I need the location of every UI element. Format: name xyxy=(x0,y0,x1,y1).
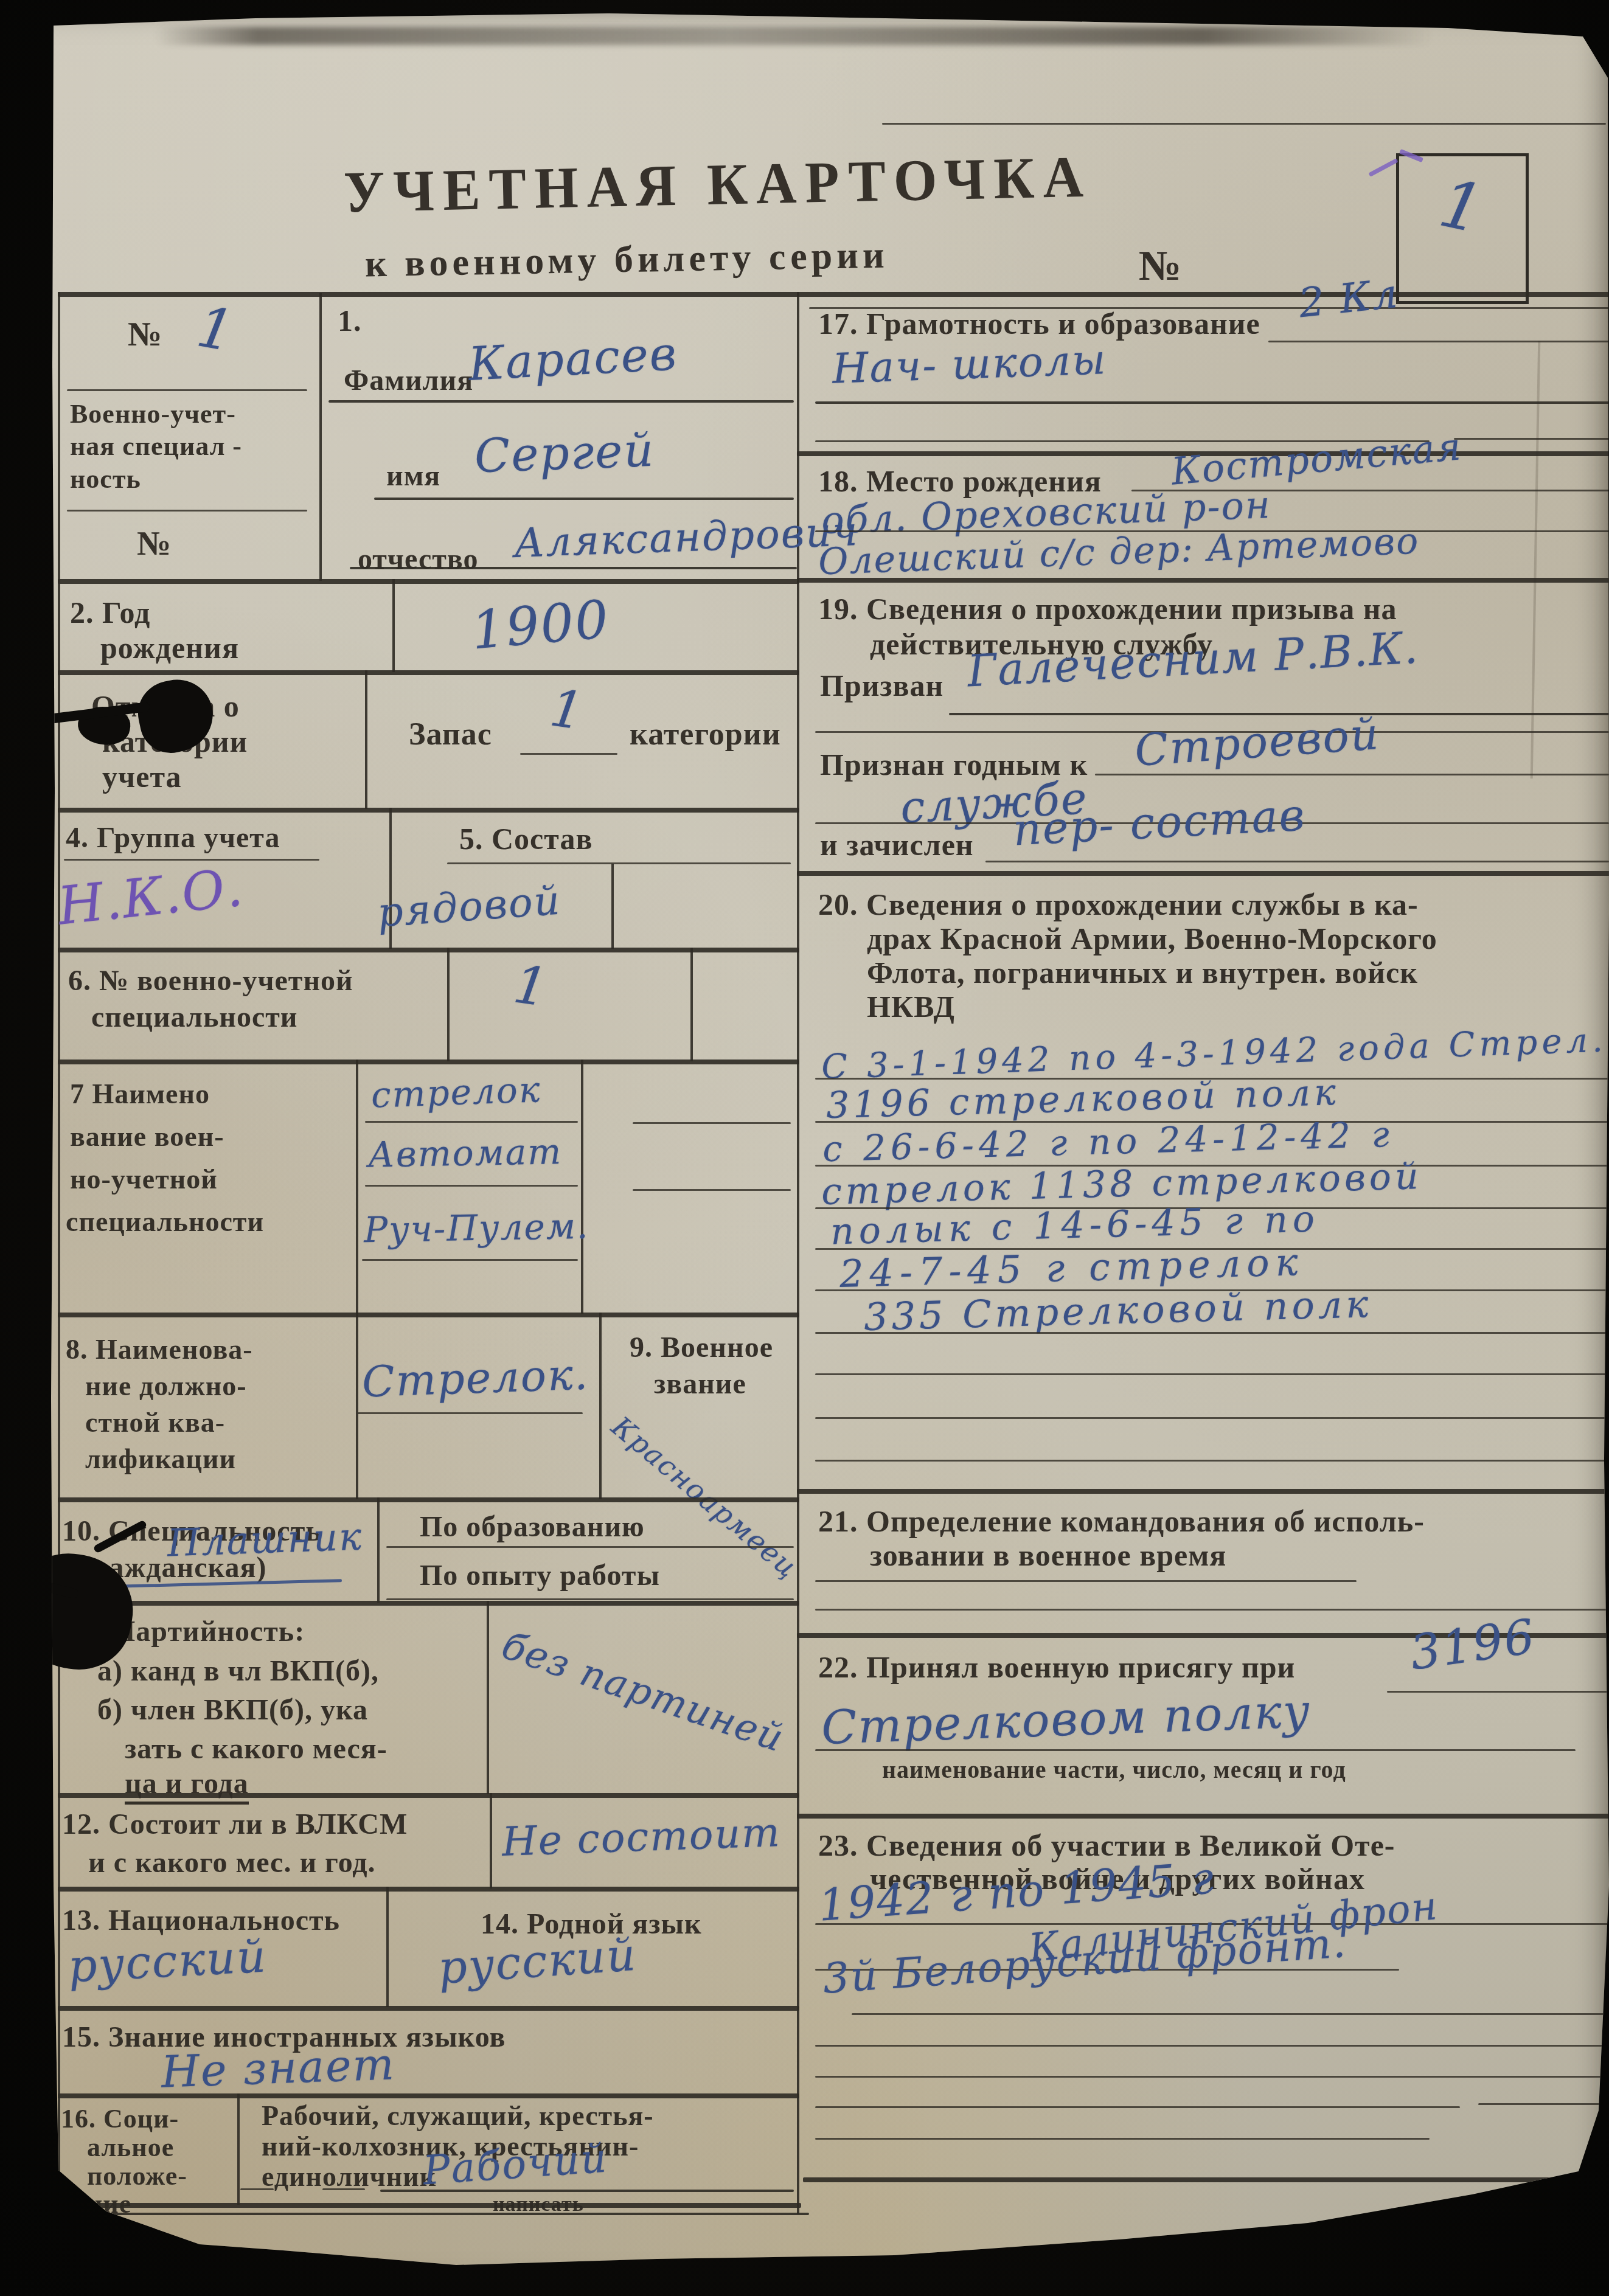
cell-divider xyxy=(487,1601,489,1794)
group-value: Н.К.О. xyxy=(55,857,247,937)
row-border xyxy=(58,1313,799,1317)
rule-line xyxy=(380,2190,794,2192)
reg-number-value: 1 xyxy=(192,294,240,365)
field-2-label-line1: 2. Год xyxy=(70,595,150,630)
cell-divider xyxy=(690,948,693,1061)
field-7-label-line4: специальности xyxy=(66,1205,264,1238)
vus-number-value: 1 xyxy=(510,954,552,1019)
party-value: без партиней xyxy=(496,1623,790,1761)
reg-number-sign-2: № xyxy=(137,524,172,563)
vus-name-value-2: Автомат xyxy=(367,1131,562,1176)
patronymic-value: Аляксандрович xyxy=(513,508,860,567)
cell-divider xyxy=(447,948,450,1061)
row-border xyxy=(58,1497,799,1502)
vus-name-value-3: Руч-Пулем. xyxy=(363,1205,589,1250)
cell-divider xyxy=(490,1793,492,1888)
field-16-label-line2: альное xyxy=(87,2132,174,2163)
rule-line xyxy=(358,1412,583,1414)
rule-line xyxy=(815,2076,1609,2078)
field-9-label-line2: звание xyxy=(654,1367,746,1401)
field-19-label-line1: 19. Сведения о прохождении призыва на xyxy=(818,591,1397,626)
cell-divider xyxy=(356,1060,358,1314)
literacy-value-2: Нач- школы xyxy=(832,336,1108,394)
patronymic-label: отчество xyxy=(358,543,478,576)
field-8-label-line2: ние должно- xyxy=(85,1370,247,1402)
rule-line xyxy=(1387,1691,1609,1693)
rule-line xyxy=(882,123,1606,125)
field-7-label-line3: но-учетной xyxy=(70,1163,218,1195)
rule-line xyxy=(815,1332,1609,1334)
rule-line xyxy=(815,1460,1609,1462)
rule-line xyxy=(815,1417,1609,1419)
rule-line xyxy=(328,400,794,403)
field-11-label-line5: ца и года xyxy=(125,1767,249,1805)
field-12-label-line2: и с какого мес. и год. xyxy=(88,1846,376,1879)
registration-card-sheet: УЧЕТНАЯ КАРТОЧКА к военному билету серии… xyxy=(0,0,1609,2296)
rule-line xyxy=(386,1598,794,1600)
name-label: имя xyxy=(386,459,440,493)
card-title: УЧЕТНАЯ КАРТОЧКА xyxy=(343,142,1093,226)
field-13-label: 13. Национальность xyxy=(62,1904,340,1937)
field-5-label: 5. Состав xyxy=(459,821,593,856)
vus-name-value-1: стрелок xyxy=(370,1069,542,1116)
row-border xyxy=(58,579,799,584)
rule-line xyxy=(815,2045,1609,2047)
rule-line xyxy=(852,2013,1609,2015)
rule-line xyxy=(520,753,617,755)
field-16-options-line1: Рабочий, служащий, крестья- xyxy=(262,2100,654,2132)
kategorii-label: категории xyxy=(630,716,781,752)
field-11-label-line4: зать с какого меся- xyxy=(125,1732,387,1766)
rule-line xyxy=(815,1373,1609,1375)
godnym-value: Строевой xyxy=(1133,708,1381,776)
field-7-label-line1: 7 Наимено xyxy=(70,1078,210,1110)
birthplace-line1: Костромская xyxy=(1170,424,1464,493)
rule-line xyxy=(322,2188,365,2190)
row-border xyxy=(58,948,799,952)
field-4-label: 4. Группа учета xyxy=(66,821,280,855)
vlksm-value: Не состоит xyxy=(501,1809,782,1865)
field-9-label-line1: 9. Военное xyxy=(630,1331,773,1364)
field-6-label-line2: специальности xyxy=(91,1001,298,1034)
field-21-label-line2: зовании в военное время xyxy=(870,1538,1226,1573)
zapas-label: Запас xyxy=(409,716,492,752)
row-border xyxy=(58,2006,799,2011)
field-6-label-line1: 6. № военно-учетной xyxy=(68,964,353,997)
field-11-label-line3: б) член ВКП(б), ука xyxy=(97,1693,368,1727)
rule-line xyxy=(815,1749,1576,1751)
rule-line xyxy=(362,1259,578,1261)
cell-divider xyxy=(319,293,322,581)
rule-line xyxy=(64,859,319,861)
rule-line xyxy=(815,1580,1357,1582)
field-20-label-line2: драх Красной Армии, Военно-Морского xyxy=(867,921,1437,956)
row-border xyxy=(58,1793,799,1798)
zachislen-label: и зачислен xyxy=(820,827,974,862)
zapas-value: 1 xyxy=(546,678,588,742)
field-17-label: 17. Грамотность и образование xyxy=(818,306,1260,341)
reg-number-sign: № xyxy=(128,315,162,354)
field-11-label-line2: а) канд в чл ВКП(б), xyxy=(97,1654,379,1688)
rule-line xyxy=(1454,438,1609,440)
field-1-index: 1. xyxy=(338,303,362,338)
table-bottom-border-2 xyxy=(61,2213,809,2215)
field-20-label-line1: 20. Сведения о прохождении службы в ка- xyxy=(818,887,1419,922)
education-spec-label: По образованию xyxy=(420,1510,645,1544)
row-border xyxy=(58,1601,799,1606)
rule-line xyxy=(815,401,1609,404)
cell-divider xyxy=(365,670,367,809)
field-21-label-line1: 21. Определение командования об исполь- xyxy=(818,1503,1425,1539)
row-border xyxy=(58,808,799,813)
purple-pencil-mark xyxy=(1368,158,1398,177)
civil-specialty-value: Плашник xyxy=(167,1514,363,1565)
rule-line xyxy=(67,389,307,391)
rule-line xyxy=(386,1546,794,1548)
field-22-label: 22. Принял военную присягу при xyxy=(818,1649,1295,1685)
rule-line xyxy=(365,1185,578,1187)
rule-line xyxy=(1478,2103,1609,2105)
field-8-label-line4: лификации xyxy=(85,1443,236,1475)
literacy-value-1: 2 Кл xyxy=(1296,270,1400,327)
rule-line xyxy=(374,498,794,500)
torn-top-edge-shadow xyxy=(155,27,1433,45)
header-number-sign: № xyxy=(1139,242,1182,291)
section-bottom-border xyxy=(803,2177,1609,2182)
field-23-label-line1: 23. Сведения об участии в Великой Оте- xyxy=(818,1828,1395,1863)
cell-divider xyxy=(237,2093,240,2205)
cell-divider xyxy=(611,864,614,949)
field-2-label-line2: рождения xyxy=(100,630,239,665)
section-border xyxy=(797,1489,1609,1494)
cell-divider xyxy=(581,1060,583,1314)
table-bottom-border xyxy=(58,2203,801,2208)
cell-divider xyxy=(599,1313,602,1499)
rule-line xyxy=(815,2106,1460,2108)
native-language-value: русский xyxy=(436,1929,638,1995)
photo-backdrop: УЧЕТНАЯ КАРТОЧКА к военному билету серии… xyxy=(0,0,1609,2296)
field-16-label-line1: 16. Соци- xyxy=(61,2103,179,2134)
row-border xyxy=(58,2093,799,2098)
vus-label-line2: ная специал - xyxy=(70,431,242,462)
field-12-label-line1: 12. Состоит ли в ВЛКСМ xyxy=(62,1808,408,1841)
rule-line xyxy=(350,567,797,569)
section-border xyxy=(797,1814,1609,1819)
rule-line xyxy=(67,510,307,512)
section-border xyxy=(797,871,1609,876)
field-7-label-line2: вание воен- xyxy=(70,1120,224,1153)
row-border xyxy=(58,670,799,675)
field-16-label-line3: положе- xyxy=(87,2160,187,2191)
row-border xyxy=(58,1887,799,1892)
cell-divider xyxy=(377,1497,380,1603)
sostav-value: рядовой xyxy=(376,877,563,937)
field-20-label-line4: НКВД xyxy=(867,989,955,1024)
row-border xyxy=(58,1060,799,1064)
field-20-label-line3: Флота, пограничных и внутрен. войск xyxy=(867,955,1418,990)
rule-line xyxy=(985,861,1609,862)
experience-spec-label: По опыту работы xyxy=(420,1559,660,1592)
field-11-label-line1: Партийность: xyxy=(113,1615,305,1648)
field-3-label-line3: учета xyxy=(102,759,182,794)
rule-line xyxy=(1268,341,1609,342)
section-border xyxy=(797,578,1609,583)
rule-line xyxy=(1095,774,1609,775)
field-8-label-line1: 8. Наименова- xyxy=(66,1333,253,1365)
position-value: Стрелок. xyxy=(361,1350,590,1407)
rule-line xyxy=(240,2188,274,2190)
surname-value: Карасев xyxy=(467,326,679,391)
field-8-label-line3: стной ква- xyxy=(85,1406,225,1438)
birth-year-value: 1900 xyxy=(469,589,612,661)
oath-unit-number: 3196 xyxy=(1407,1609,1539,1681)
field-22-hint: наименование части, число, месяц и год xyxy=(882,1755,1346,1784)
rule-line xyxy=(633,1122,791,1124)
surname-label: Фамилия xyxy=(344,364,473,397)
rule-line xyxy=(815,2138,1430,2140)
rule-line xyxy=(633,1189,791,1191)
vus-label-line1: Военно-учет- xyxy=(70,398,236,429)
foreign-languages-value: Не знает xyxy=(161,2038,396,2097)
cell-divider xyxy=(392,579,395,672)
oath-unit-name: Стрелковом полку xyxy=(821,1684,1312,1755)
rule-line xyxy=(365,1121,578,1123)
rule-line xyxy=(815,1609,1609,1611)
cell-divider xyxy=(386,1887,389,2007)
card-subtitle: к военному билету серии xyxy=(364,234,889,286)
rule-line xyxy=(447,862,791,864)
nationality-value: русский xyxy=(67,1930,268,1993)
vus-label-line3: ность xyxy=(70,463,141,494)
cell-divider xyxy=(356,1313,358,1499)
name-value: Сергей xyxy=(474,423,656,483)
prizvan-label: Призван xyxy=(820,668,944,703)
